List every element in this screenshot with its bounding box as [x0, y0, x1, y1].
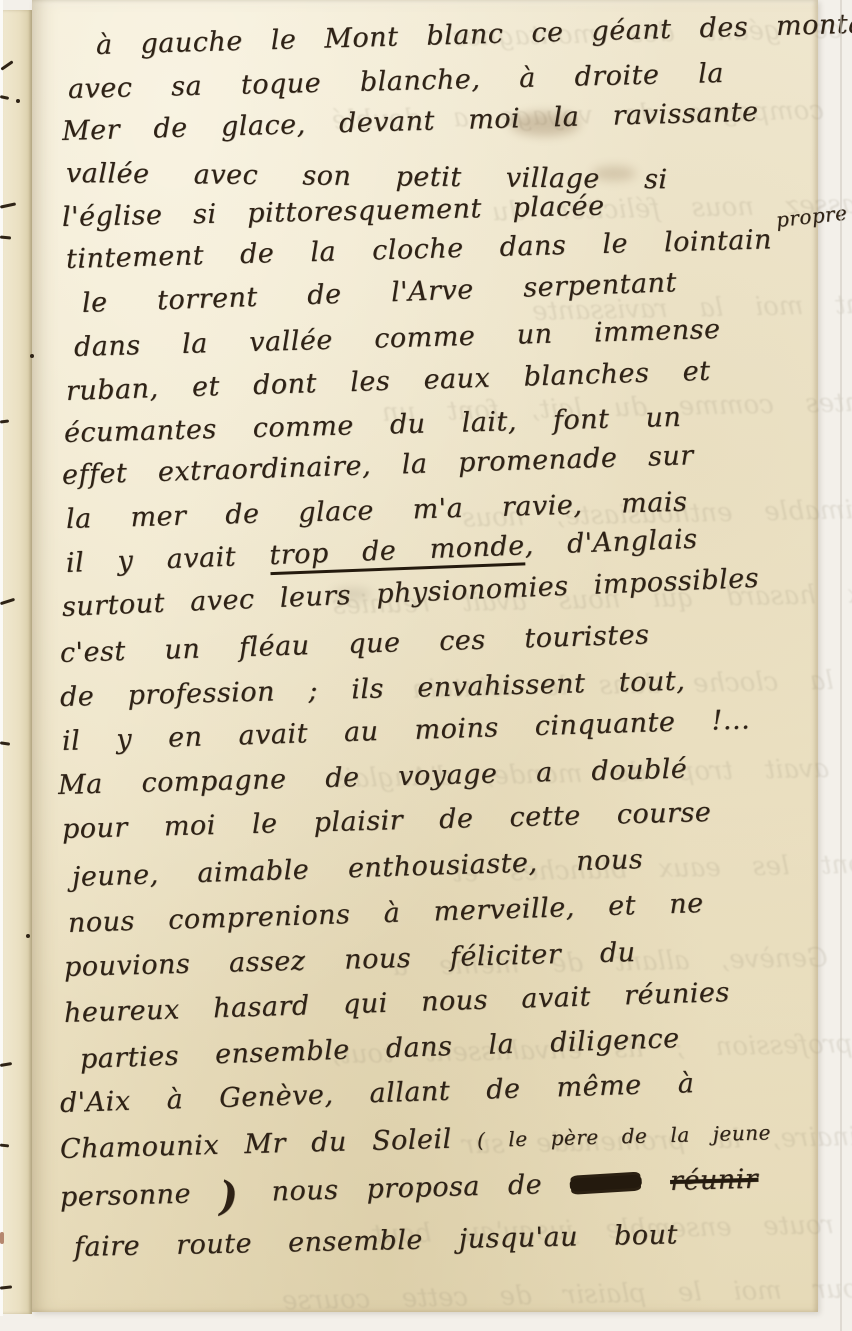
- manuscript-text-segment: , d'Anglais: [524, 524, 698, 562]
- manuscript-text-segment: jeune, aimable enthousiaste, nous: [71, 844, 643, 893]
- manuscript-text-segment: l'église si pittoresquement placée: [62, 191, 605, 233]
- manuscript-text-segment: personne: [60, 1178, 220, 1213]
- manuscript-text-segment: Chamounix Mr du Soleil: [60, 1123, 478, 1165]
- manuscript-text-segment: [642, 1166, 671, 1198]
- manuscript-text-segment: ): [218, 1171, 272, 1219]
- manuscript-line-22: nous comprenions à merveille, et ne: [67, 886, 704, 942]
- manuscript-line-6: propre: [774, 195, 849, 238]
- manuscript-line-29: faire route ensemble jusqu'au bout: [74, 1217, 679, 1266]
- manuscript-line-1: à gauche le Mont blanc ce géant des mont…: [95, 5, 852, 64]
- manuscript-text-segment: faire route ensemble jusqu'au bout: [74, 1219, 679, 1263]
- manuscript-text-segment: Ma compagne de voyage a doublé: [58, 754, 688, 801]
- manuscript-line-28: personne ) nous proposa de réunir: [59, 1162, 758, 1219]
- facing-page-ink-mark: [30, 354, 34, 358]
- manuscript-text-segment: parties ensemble dans la diligence: [79, 1023, 680, 1075]
- scanner-artifact-line: [840, 0, 842, 1331]
- manuscript-text-segment: propre: [775, 201, 849, 232]
- manuscript-text-segment: nous comprenions à merveille, et ne: [67, 888, 704, 939]
- manuscript-text-segment: nous proposa de: [271, 1169, 570, 1208]
- manuscript-text-segment: pour moi le plaisir de cette course: [62, 797, 712, 845]
- manuscript-text: à gauche le Mont blanc ce géant des mont…: [32, 0, 818, 1312]
- manuscript-text-segment: de profession ; ils envahissent tout,: [60, 666, 686, 713]
- manuscript-text-segment: c'est un fléau que ces touristes: [59, 619, 649, 669]
- manuscript-line-19: Ma compagne de voyage a doublé: [58, 752, 688, 804]
- manuscript-text-segment: pouvions assez nous féliciter du: [64, 937, 636, 983]
- manuscript-text-segment: ( le père de la jeune: [477, 1120, 771, 1152]
- letter-paper: à gauche le Mont blanc ce géant des mont…: [32, 0, 818, 1312]
- facing-page-ink-mark: [26, 934, 30, 938]
- manuscript-text-segment: heureux hasard qui nous avait réunies: [63, 977, 730, 1029]
- manuscript-line-27: Chamounix Mr du Soleil ( le père de la j…: [60, 1113, 772, 1169]
- manuscript-text-segment: d'Aix à Genève, allant de même à: [59, 1068, 694, 1119]
- manuscript-line-16: c'est un fléau que ces touristes: [59, 617, 650, 672]
- struck-word: réunir: [670, 1164, 759, 1197]
- red-edge-mark: [0, 1232, 4, 1244]
- scanned-letter: à gauche le Mont blanc ce géant des mont…: [0, 0, 852, 1331]
- manuscript-line-20: pour moi le plaisir de cette course: [62, 795, 712, 848]
- manuscript-text-segment: à gauche le Mont blanc ce géant des mont…: [96, 7, 852, 61]
- manuscript-text-segment: il y avait: [65, 540, 270, 579]
- facing-page-ink-mark: [16, 99, 20, 103]
- underlined-phrase: trop de monde: [269, 530, 525, 575]
- manuscript-line-21: jeune, aimable enthousiaste, nous: [71, 842, 643, 896]
- scratched-out-word: [570, 1175, 643, 1192]
- manuscript-line-23: pouvions assez nous féliciter du: [64, 935, 637, 986]
